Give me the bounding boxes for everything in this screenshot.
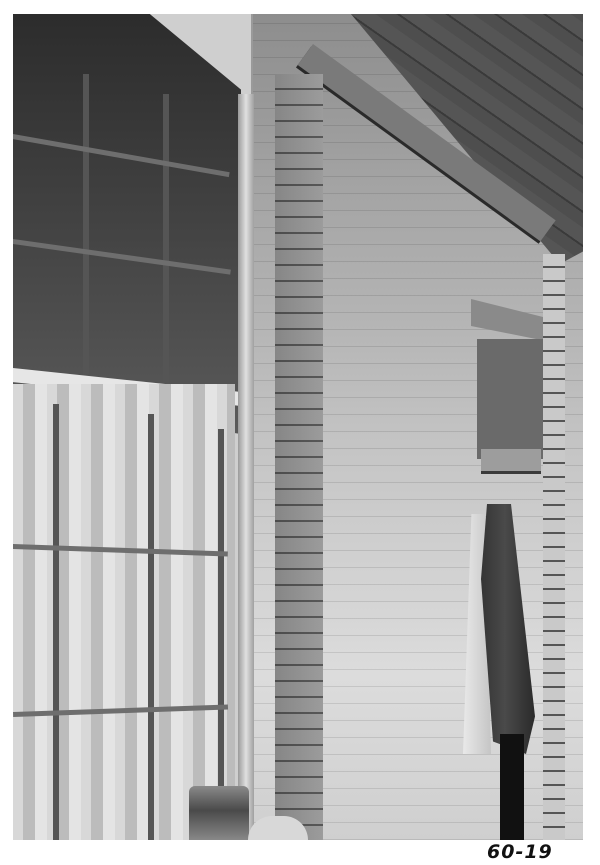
window-jamb [238, 94, 254, 840]
window-muntin [148, 414, 154, 840]
dark-post [500, 734, 524, 840]
window-muntin [163, 94, 169, 394]
window-muntin [218, 429, 224, 840]
window-opening [477, 339, 547, 459]
photograph [13, 14, 583, 840]
window-ledge [481, 449, 541, 471]
window-lower-sash [13, 384, 235, 840]
glass-jar [189, 786, 249, 840]
corner-post [543, 254, 565, 840]
brick-pilaster [275, 74, 323, 840]
window-muntin [53, 404, 59, 840]
photo-label: 60-19 [487, 841, 553, 863]
window-muntin [83, 74, 89, 374]
